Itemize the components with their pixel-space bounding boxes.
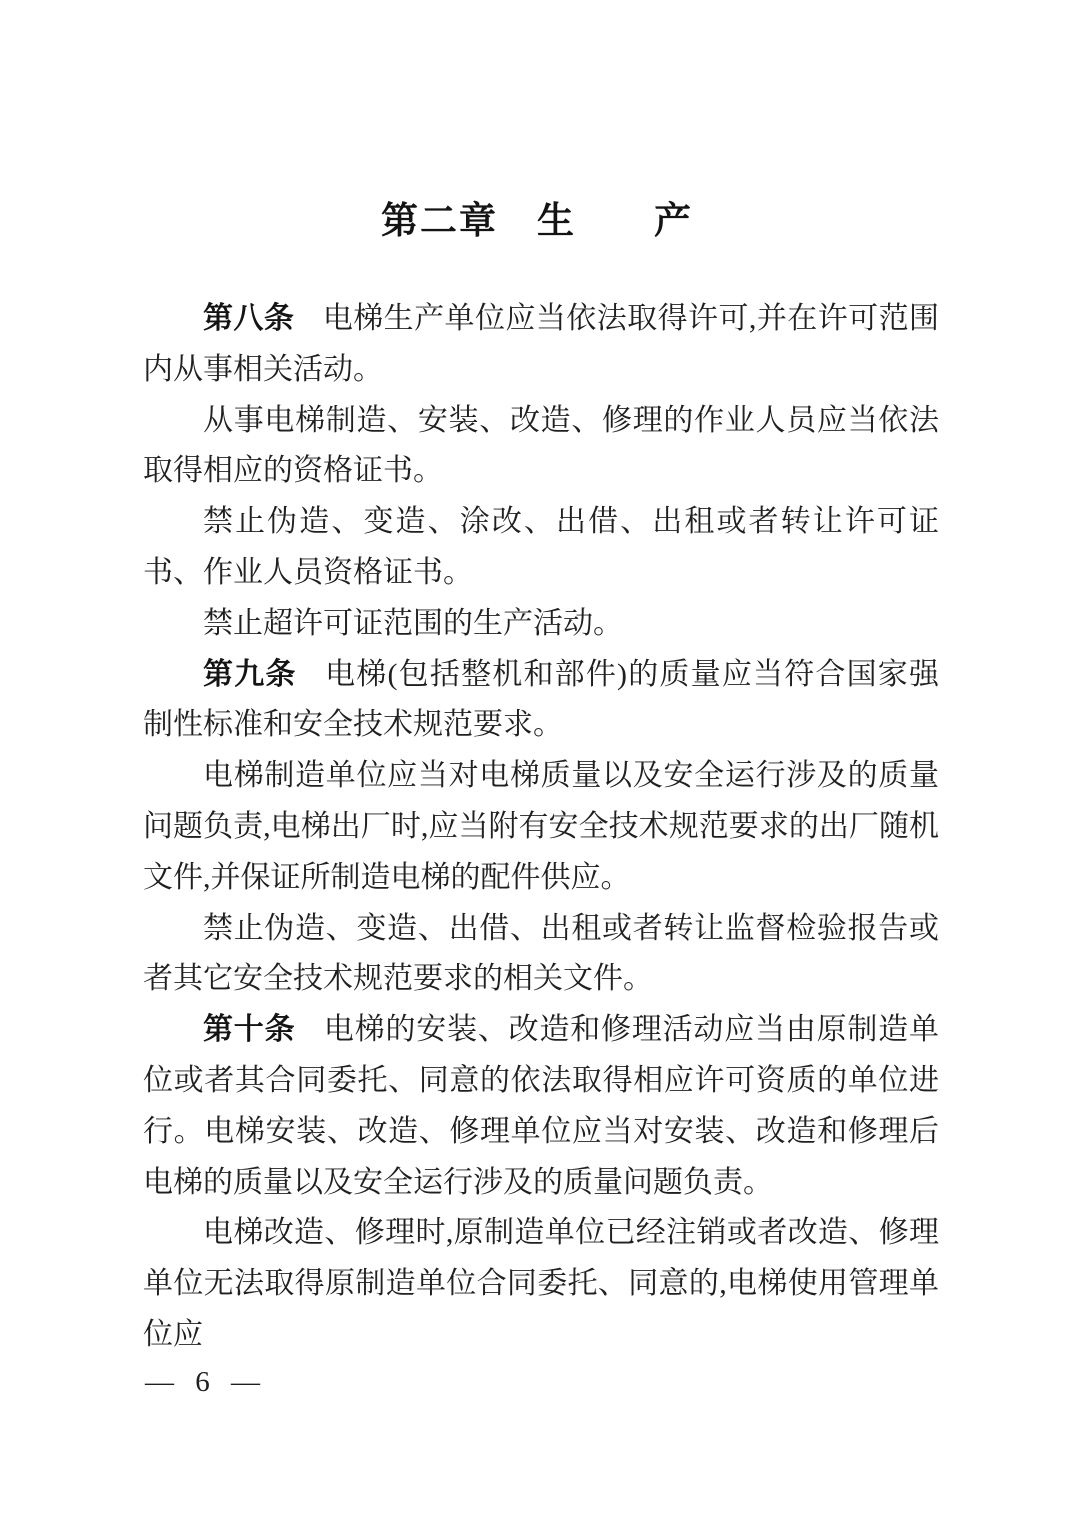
paragraph: 第十条电梯的安装、改造和修理活动应当由原制造单位或者其合同委托、同意的依法取得相… [143,1005,939,1208]
paragraph: 禁止超许可证范围的生产活动。 [143,599,939,650]
chapter-title: 第二章 生 产 [0,190,1074,244]
paragraph-text: 禁止伪造、变造、出借、出租或者转让监督检验报告或者其它安全技术规范要求的相关文件… [143,912,939,996]
paragraph-text: 禁止超许可证范围的生产活动。 [203,607,623,640]
paragraph: 禁止伪造、变造、出借、出租或者转让监督检验报告或者其它安全技术规范要求的相关文件… [143,904,939,1006]
paragraph: 电梯改造、修理时,原制造单位已经注销或者改造、修理单位无法取得原制造单位合同委托… [143,1208,939,1360]
page-number: — 6 — [145,1366,267,1399]
article-number: 第八条 [203,302,294,335]
paragraph: 从事电梯制造、安装、改造、修理的作业人员应当依法取得相应的资格证书。 [143,396,939,498]
document-page: 第二章 生 产 第八条电梯生产单位应当依法取得许可,并在许可范围内从事相关活动。… [0,0,1074,1520]
article-number: 第十条 [203,1013,295,1046]
paragraph-text: 从事电梯制造、安装、改造、修理的作业人员应当依法取得相应的资格证书。 [143,404,939,488]
paragraph-text: 禁止伪造、变造、涂改、出借、出租或者转让许可证书、作业人员资格证书。 [143,505,939,589]
paragraph-text: 电梯改造、修理时,原制造单位已经注销或者改造、修理单位无法取得原制造单位合同委托… [143,1216,939,1351]
paragraph: 电梯制造单位应当对电梯质量以及安全运行涉及的质量问题负责,电梯出厂时,应当附有安… [143,751,939,903]
document-body: 第八条电梯生产单位应当依法取得许可,并在许可范围内从事相关活动。 从事电梯制造、… [143,294,939,1361]
paragraph-text: 电梯制造单位应当对电梯质量以及安全运行涉及的质量问题负责,电梯出厂时,应当附有安… [143,759,939,894]
paragraph: 第九条电梯(包括整机和部件)的质量应当符合国家强制性标准和安全技术规范要求。 [143,650,939,752]
paragraph: 第八条电梯生产单位应当依法取得许可,并在许可范围内从事相关活动。 [143,294,939,396]
article-number: 第九条 [203,658,297,691]
paragraph: 禁止伪造、变造、涂改、出借、出租或者转让许可证书、作业人员资格证书。 [143,497,939,599]
